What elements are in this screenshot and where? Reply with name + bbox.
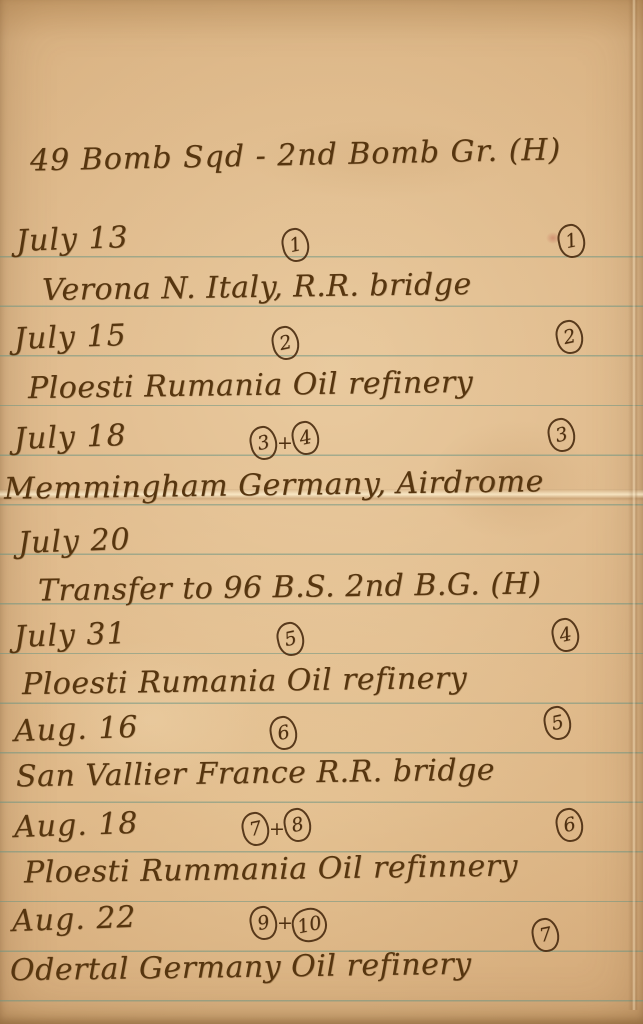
date-label: July 31 xyxy=(13,616,127,655)
date-label: July 20 xyxy=(17,522,131,561)
date-label: Aug. 16 xyxy=(13,710,139,749)
transfer-note: Transfer to 96 B.S. 2nd B.G. (H) xyxy=(38,566,542,608)
date-label: Aug. 22 xyxy=(11,900,137,939)
target-label: Odertal Germany Oil refinery xyxy=(10,947,472,988)
scanned-page: 49 Bomb Sqd - 2nd Bomb Gr. (H) July 13 1… xyxy=(0,0,643,1024)
target-label: Ploesti Rummania Oil refinnery xyxy=(24,849,518,891)
target-label: Verona N. Italy, R.R. bridge xyxy=(42,267,472,308)
date-label: July 13 xyxy=(15,220,129,259)
target-label: Ploesti Rumania Oil refinery xyxy=(28,365,474,406)
target-label: Ploesti Rumania Oil refinery xyxy=(22,661,468,702)
vertical-fold-crease xyxy=(628,0,638,1010)
date-label: Aug. 18 xyxy=(13,806,139,845)
target-label: San Vallier France R.R. bridge xyxy=(16,753,496,795)
date-label: July 15 xyxy=(13,318,127,357)
date-label: July 18 xyxy=(13,418,127,457)
